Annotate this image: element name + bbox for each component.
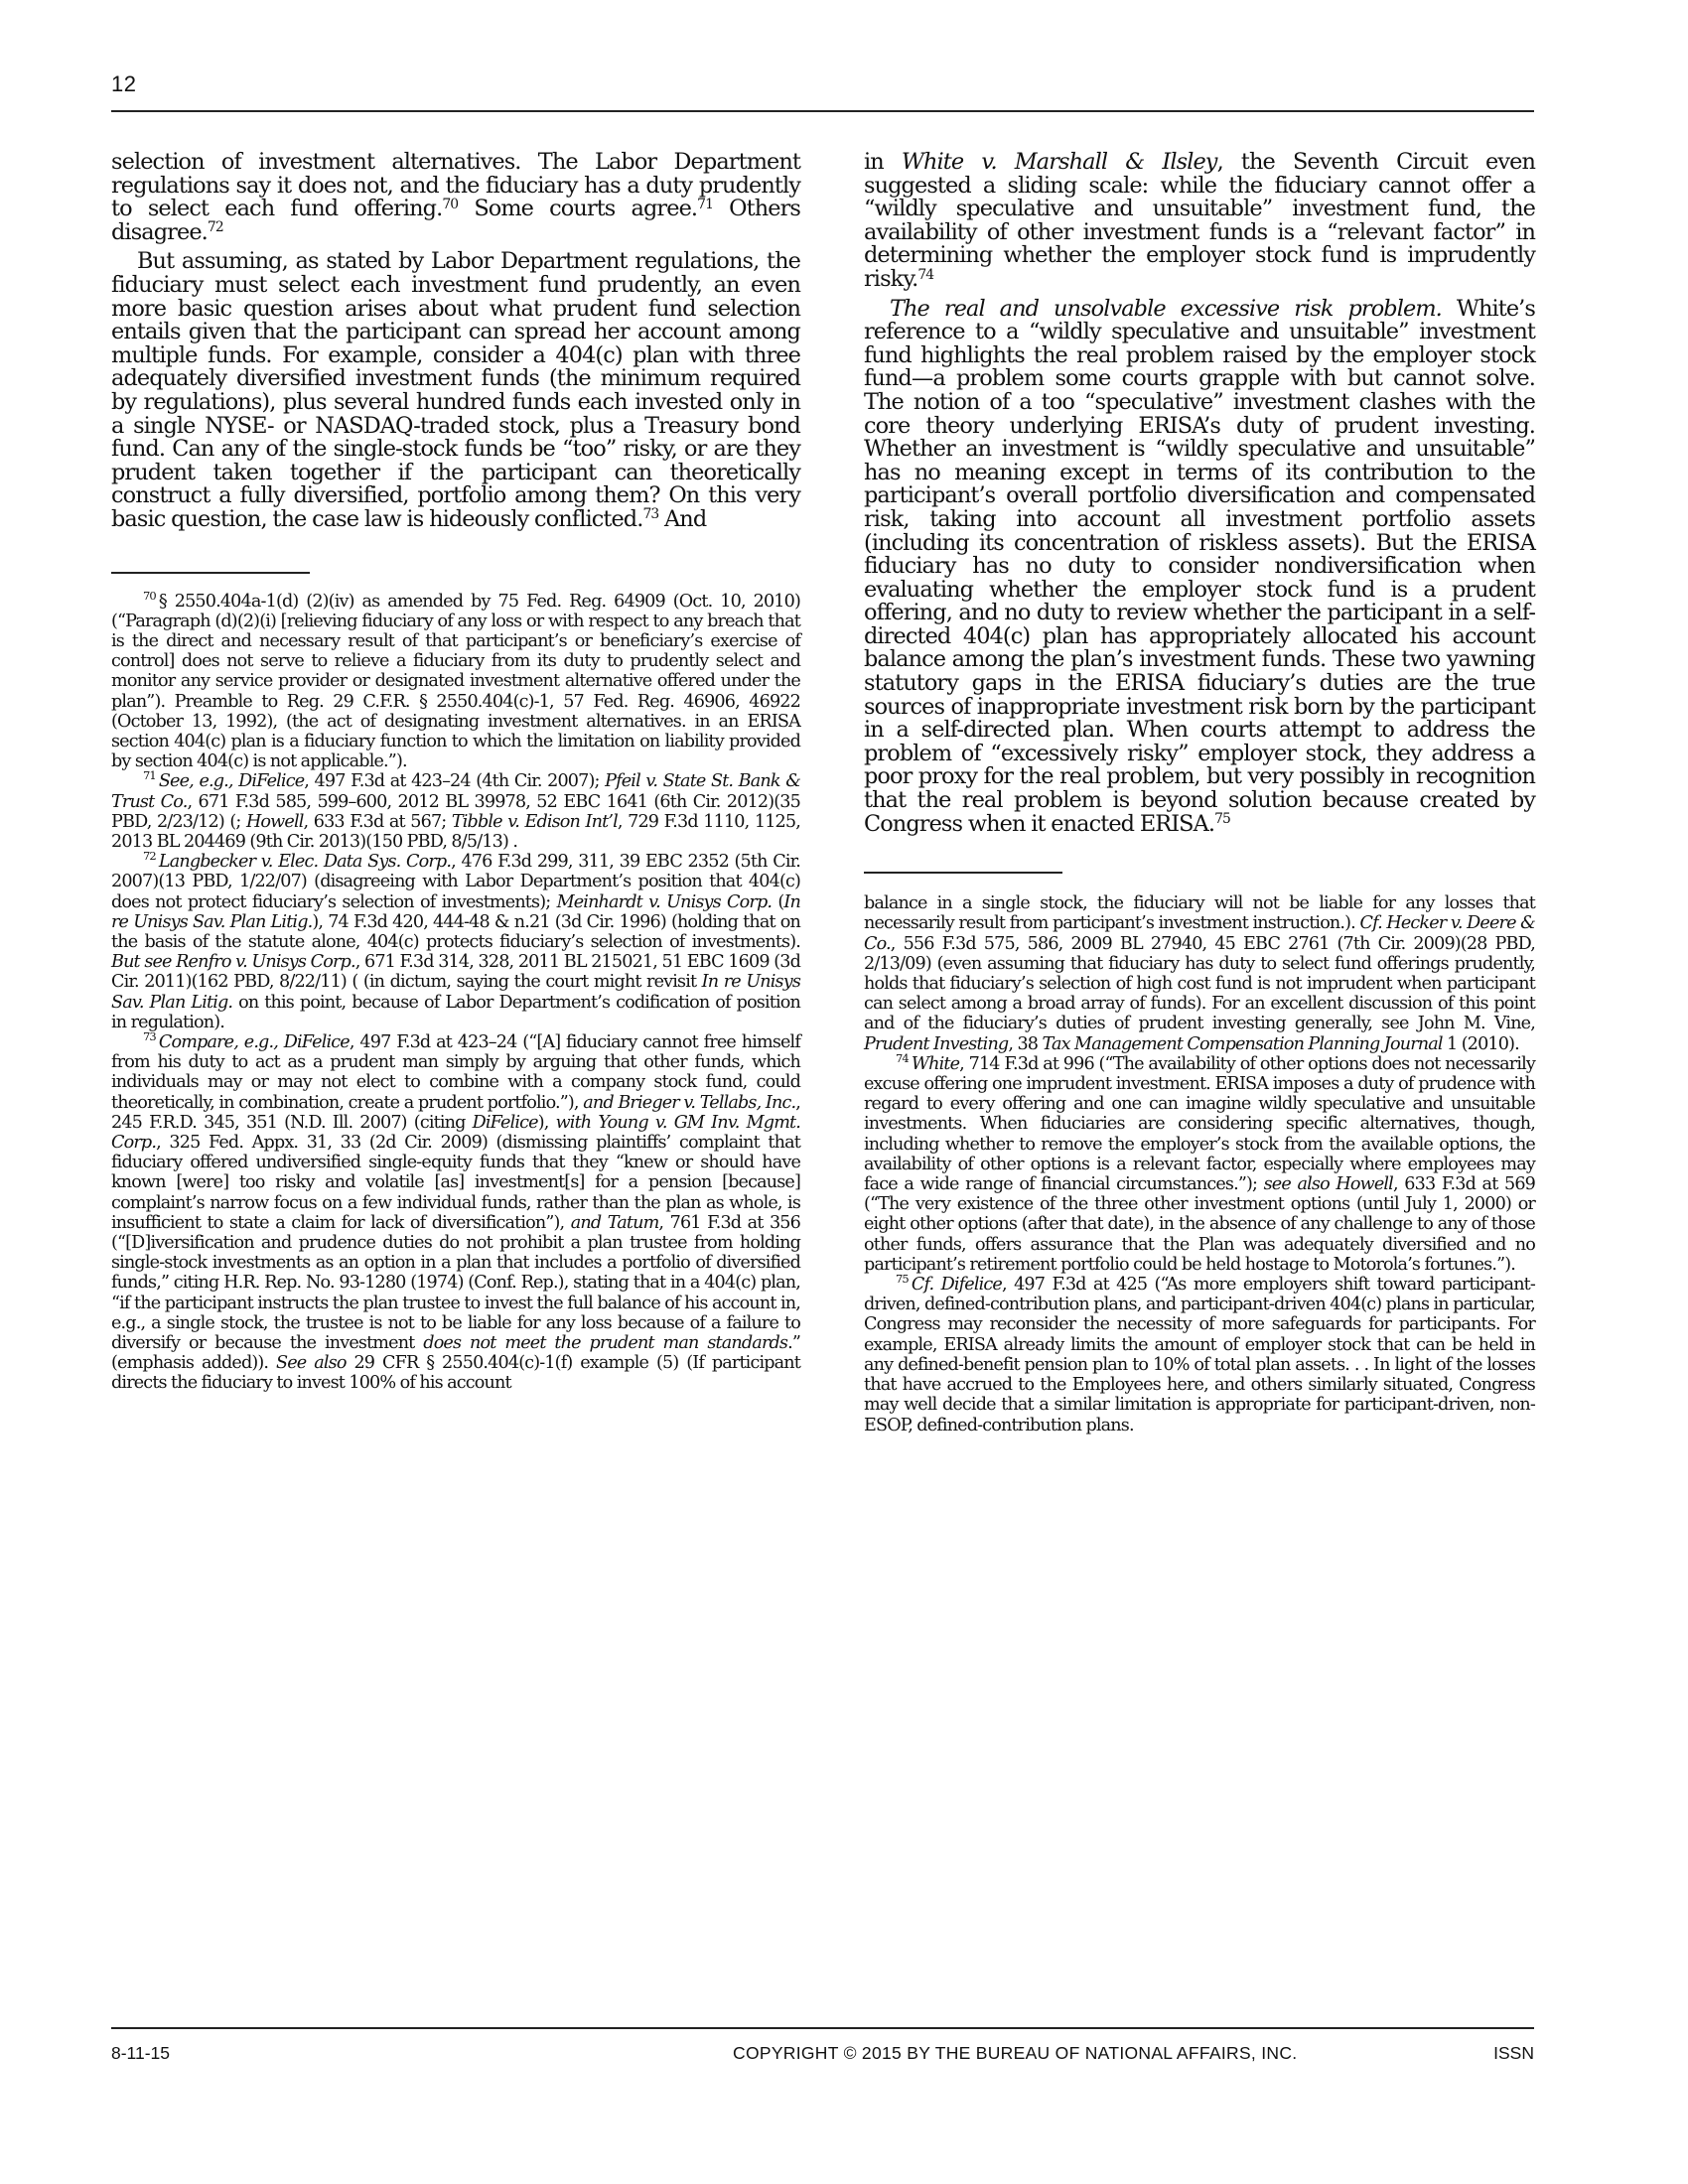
italic-text: Compare, e.g., DiFelice [159,1032,350,1052]
footnote-70: 70§ 2550.404a-1(d) (2)(iv) as amended by… [111,592,800,772]
italic-text: Meinhardt v. Unisys Corp. [557,892,773,912]
footnote-number: 73 [143,1029,156,1043]
right-column: in White v. Marshall & Ilsley, the Seven… [864,151,1535,1435]
italic-text: See, e.g., DiFelice [159,771,304,791]
italic-text: Tax Management Compensation Planning Jou… [1042,1034,1442,1054]
footnote-number: 70 [143,589,156,603]
footnote-75: 75Cf. Difelice, 497 F.3d at 425 (“As mor… [864,1275,1535,1435]
italic-text: Cf. Hecker v. Deere & Co. [864,913,1535,953]
footer-rule [111,2027,1534,2029]
issn-label: ISSN [1493,2043,1534,2064]
italic-text: see also Howell [1264,1174,1393,1194]
italic-text: See also [276,1353,347,1373]
document-page: 12 selection of investment alternatives.… [0,0,1688,2184]
footnote-number: 71 [143,768,156,782]
footnote-ref: 75 [1214,811,1230,827]
italic-text: DiFelice [473,1113,538,1133]
footnote-72: 72Langbecker v. Elec. Data Sys. Corp., 4… [111,852,800,1032]
italic-text: The real and unsolvable excessive risk p… [890,296,1442,322]
italic-text: White v. Marshall & Ilsley [902,149,1217,175]
footnote-ref: 73 [642,506,658,522]
page-footer: 8-11-15 COPYRIGHT © 2015 BY THE BUREAU O… [111,2043,1534,2069]
italic-text: Tibble v. Edison Int’l [452,812,618,832]
body-paragraph: selection of investment alternatives. Th… [111,151,800,244]
spacer [864,842,1535,872]
italic-text: Cf. Difelice [912,1275,1002,1295]
footnote-71: 71See, e.g., DiFelice, 497 F.3d at 423–2… [111,771,800,852]
italic-text: Howell [246,812,304,832]
italic-text: Langbecker v. Elec. Data Sys. Corp. [159,852,451,872]
left-column: selection of investment alternatives. Th… [111,151,800,1394]
spacer [864,874,1535,893]
footnote-number: 74 [896,1051,909,1065]
copyright-notice: COPYRIGHT © 2015 BY THE BUREAU OF NATION… [733,2043,1297,2064]
spacer [111,538,800,572]
italic-text: with Young v. GM Inv. Mgmt. Corp. [111,1113,800,1153]
body-paragraph: But assuming, as stated by Labor Departm… [111,250,800,531]
footnote-number: 75 [896,1272,909,1286]
italic-text: In re Unisys Sav. Plan Litig. [111,972,800,1012]
italic-text: and Brieger v. Tellabs, Inc. [583,1093,795,1113]
footnote-ref: 70 [442,197,458,212]
issue-date: 8-11-15 [111,2043,170,2064]
body-paragraph: in White v. Marshall & Ilsley, the Seven… [864,151,1535,292]
italic-text: But see Renfro v. Unisys Corp. [111,952,355,972]
header-rule [111,110,1534,112]
italic-text: White [912,1054,959,1074]
footnote-ref: 71 [697,197,713,212]
italic-text: does not meet the prudent man standards [423,1333,787,1353]
footnotes-left: 70§ 2550.404a-1(d) (2)(iv) as amended by… [111,592,800,1394]
footnote-74: 74White, 714 F.3d at 996 (“The availabil… [864,1054,1535,1275]
italic-text: and Tatum [571,1213,659,1233]
footnotes-right: balance in a single stock, the fiduciary… [864,893,1535,1434]
footnote-ref: 72 [208,219,223,235]
footnote-73-continuation: balance in a single stock, the fiduciary… [864,893,1535,1054]
footnote-ref: 74 [917,267,933,283]
italic-text: Prudent Investing [864,1034,1008,1054]
page-number: 12 [111,71,136,97]
footnote-73: 73Compare, e.g., DiFelice, 497 F.3d at 4… [111,1032,800,1394]
footnote-number: 72 [143,849,156,863]
section-paragraph-excessive-risk: The real and unsolvable excessive risk p… [864,298,1535,837]
spacer [111,574,800,592]
